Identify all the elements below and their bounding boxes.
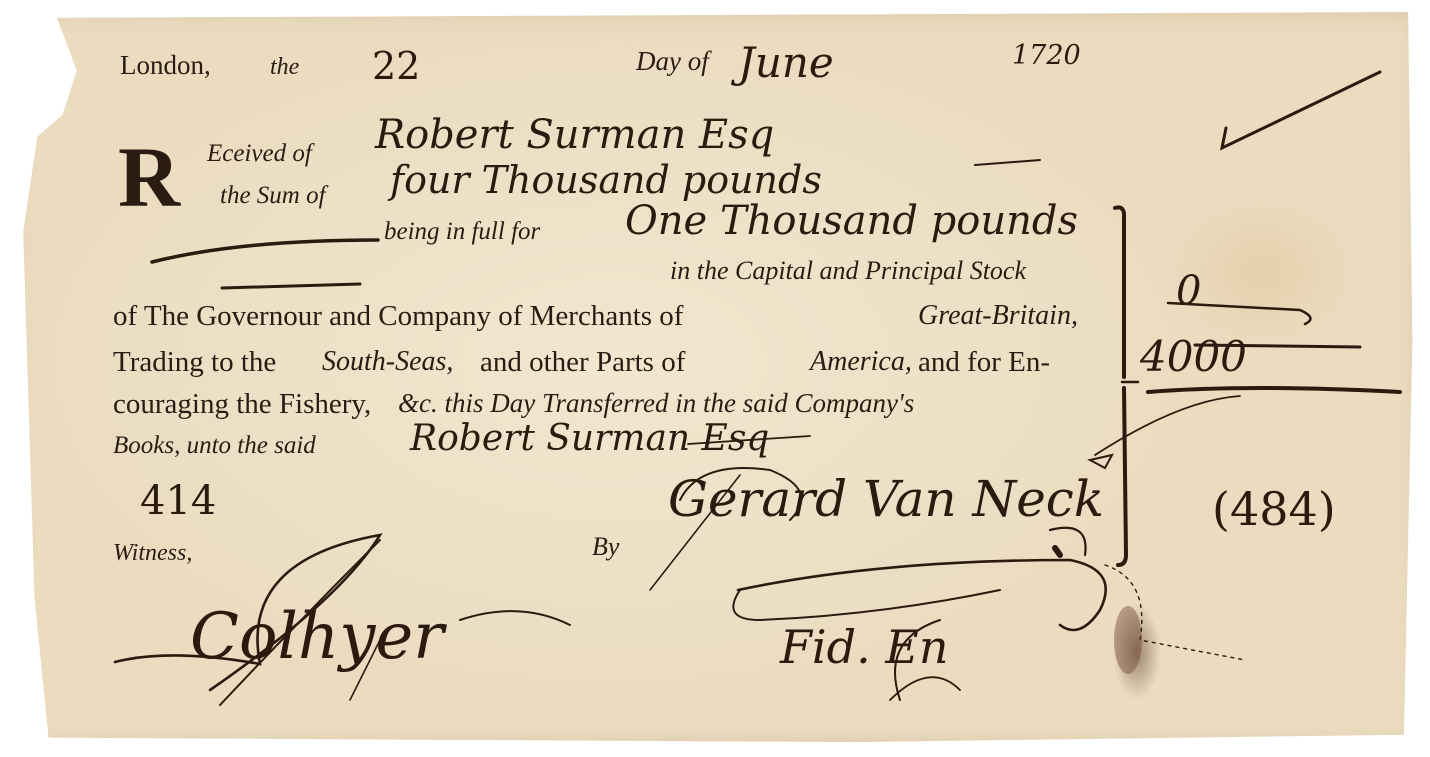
body-line-3c: and other Parts of: [480, 346, 685, 379]
sum-handwritten: four Thousand pounds: [390, 158, 822, 202]
body-line-3d: America,: [810, 346, 912, 378]
reference-number: (484): [1212, 482, 1336, 536]
signatory-signature: Gerard Van Neck: [668, 470, 1104, 528]
received-of-label: Eceived of: [207, 140, 312, 168]
being-in-full-label: being in full for: [384, 218, 540, 246]
body-line-1: in the Capital and Principal Stock: [670, 256, 1026, 286]
registrar-mark: Fid. En: [780, 620, 949, 674]
body-line-4a: couraging the Fishery,: [113, 388, 371, 421]
body-line-3a: Trading to the: [113, 346, 276, 379]
stock-amount-handwritten: One Thousand pounds: [625, 198, 1078, 244]
body-line-2-prefix: of The Governour and Company of Merchant…: [113, 300, 683, 333]
month-handwritten: June: [738, 38, 834, 87]
by-label: By: [592, 532, 619, 562]
body-line-4b: &c. this Day Transferred in the said Com…: [398, 388, 914, 419]
year: 1720: [1012, 40, 1081, 71]
witness-signature: Colhyer: [190, 600, 444, 674]
day-handwritten: 22: [372, 44, 420, 88]
ledger-number: 414: [140, 478, 216, 524]
sum-of-label: the Sum of: [220, 182, 326, 210]
body-line-2-italic: Great-Britain,: [918, 300, 1078, 332]
margin-amount: 4000: [1140, 332, 1247, 381]
payer-handwritten: Robert Surman Esq: [375, 112, 774, 158]
drop-cap-r: R: [118, 134, 180, 220]
city-label: London,: [120, 50, 211, 81]
day-of-label: Day of: [636, 46, 709, 77]
the-label: the: [270, 54, 299, 81]
body-line-3b: South-Seas,: [322, 346, 453, 378]
body-line-5a: Books, unto the said: [113, 432, 316, 460]
struck-figure: 0: [1176, 268, 1201, 314]
body-line-3e: and for En-: [918, 346, 1050, 379]
body-line-5-handwritten: Robert Surman Esq: [410, 418, 769, 459]
witness-label: Witness,: [113, 540, 192, 567]
